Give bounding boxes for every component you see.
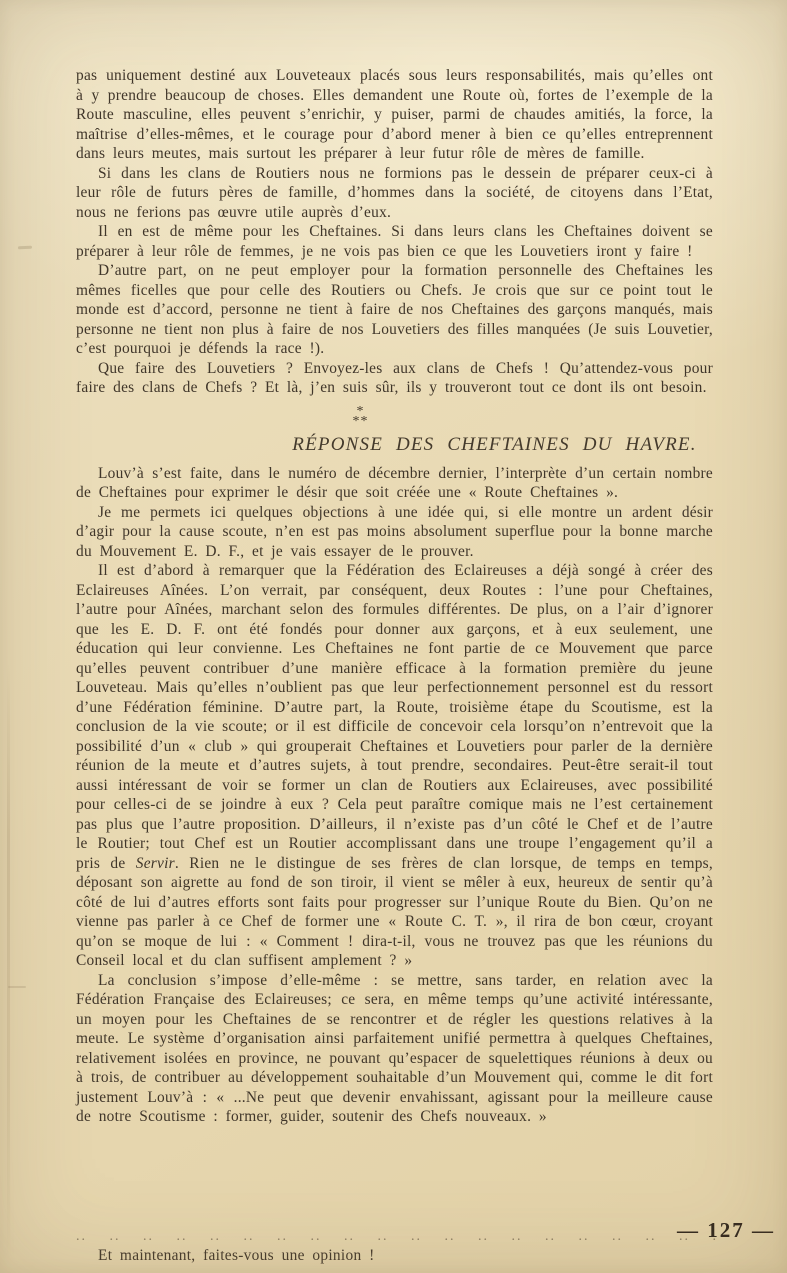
- section-heading: RÉPONSE DES CHEFTAINES DU HAVRE.: [176, 434, 787, 456]
- dotted-rule: .. .. .. .. .. .. .. .. .. .. .. .. .. .…: [76, 1229, 718, 1245]
- paragraph: Je me permets ici quelques objections à …: [76, 503, 713, 562]
- closing-line: Et maintenant, faites-vous une opinion !: [76, 1247, 713, 1265]
- section-separator: * **: [42, 407, 679, 427]
- scanned-page: pas uniquement destiné aux Louveteaux pl…: [0, 0, 787, 1273]
- body-paragraphs-top: pas uniquement destiné aux Louveteaux pl…: [76, 66, 713, 398]
- paragraph: pas uniquement destiné aux Louveteaux pl…: [76, 66, 713, 164]
- paragraph: D’autre part, on ne peut employer pour l…: [76, 261, 713, 359]
- paragraph: La conclusion s’impose d’elle-même : se …: [76, 971, 713, 1127]
- text-column: pas uniquement destiné aux Louveteaux pl…: [76, 66, 713, 1127]
- paragraph: Il en est de même pour les Cheftaines. S…: [76, 222, 713, 261]
- paper-smudge: [8, 986, 26, 988]
- paper-smudge: [18, 246, 32, 250]
- asterisk-bottom: **: [42, 417, 679, 427]
- paragraph: Louv’à s’est faite, dans le numéro de dé…: [76, 464, 713, 503]
- body-paragraphs-bottom: Louv’à s’est faite, dans le numéro de dé…: [76, 464, 713, 1127]
- paragraph: Il est d’abord à remarquer que la Fédéra…: [76, 561, 713, 971]
- paragraph: Que faire des Louvetiers ? Envoyez-les a…: [76, 359, 713, 398]
- paragraph: Si dans les clans de Routiers nous ne fo…: [76, 164, 713, 223]
